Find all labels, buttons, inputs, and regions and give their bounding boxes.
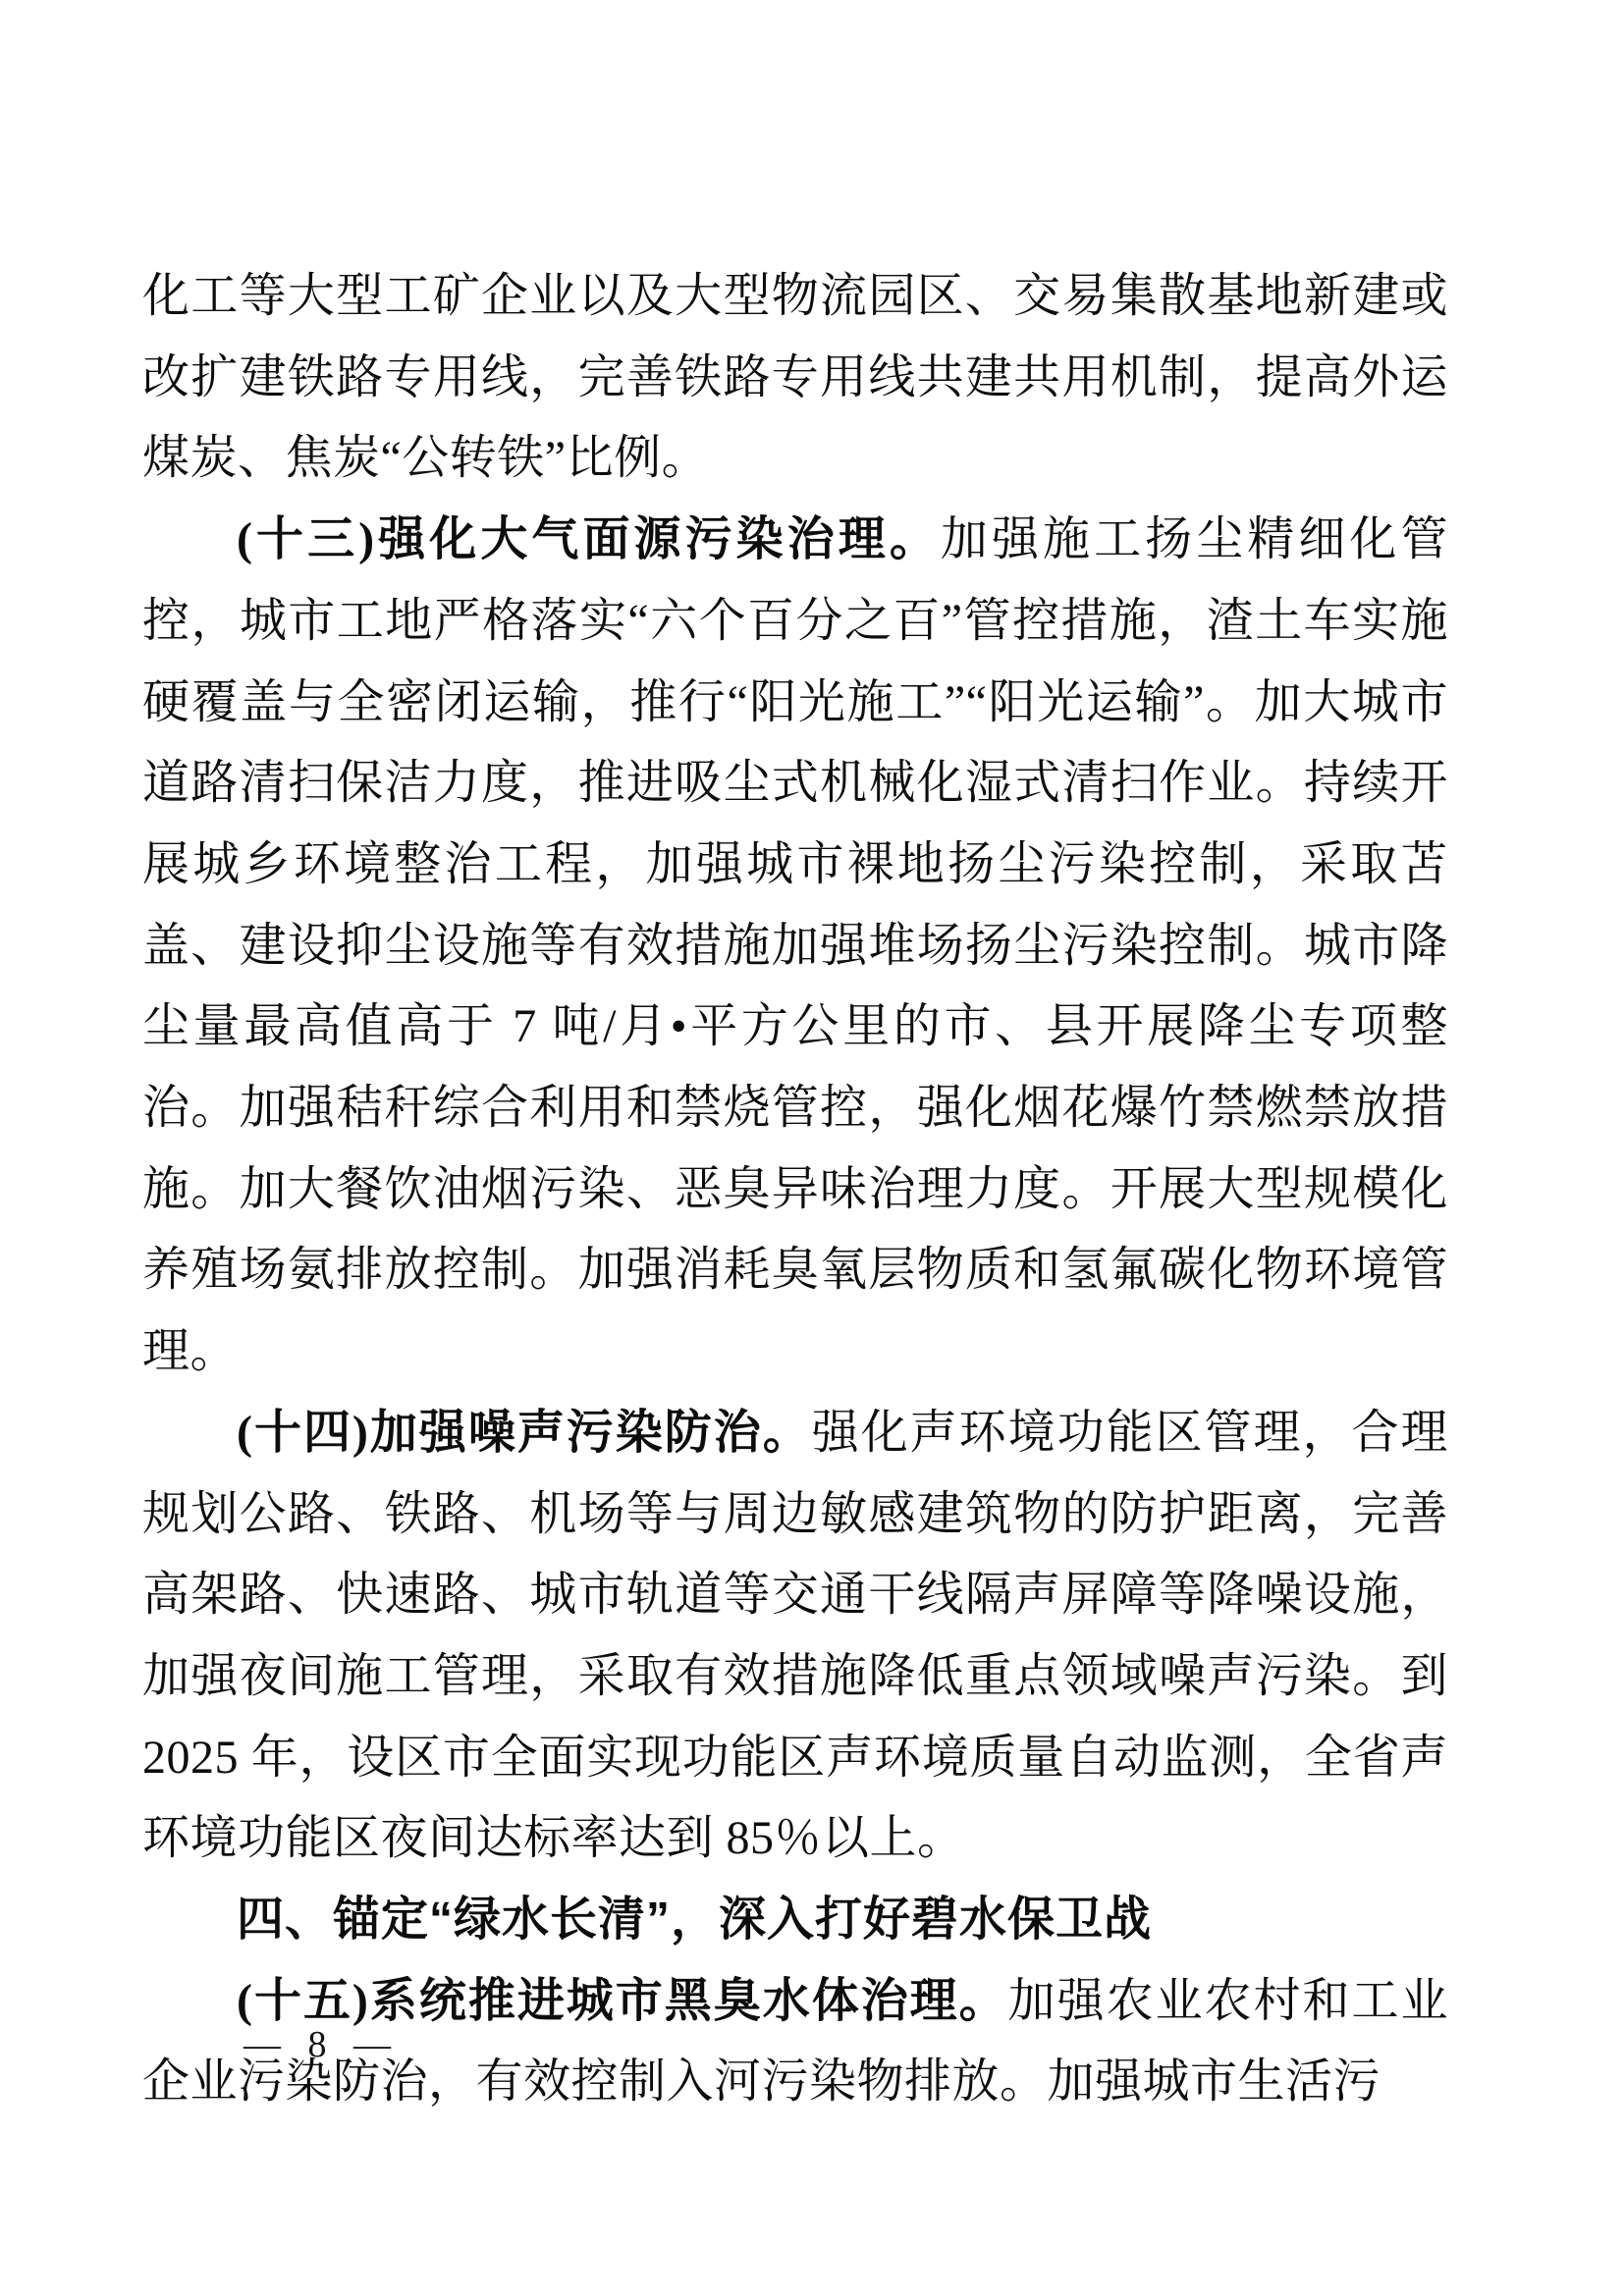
document-page: 化工等大型工矿企业以及大型物流园区、交易集散基地新建或改扩建铁路专用线，完善铁路… bbox=[0, 0, 1624, 2296]
paragraph-lead: (十五)系统推进城市黑臭水体治理。 bbox=[237, 1975, 1008, 2027]
paragraph-lead: (十四)加强噪声污染防治。 bbox=[237, 1407, 812, 1459]
paragraph-text: 化工等大型工矿企业以及大型物流园区、交易集散基地新建或改扩建铁路专用线，完善铁路… bbox=[142, 270, 1448, 484]
paragraph-14: (十四)加强噪声污染防治。强化声环境功能区管理，合理规划公路、铁路、机场等与周边… bbox=[142, 1393, 1448, 1880]
paragraph-lead: (十三)强化大气面源污染治理。 bbox=[237, 513, 941, 565]
paragraph-text: 强化声环境功能区管理，合理规划公路、铁路、机场等与周边敏感建筑物的防护距离，完善… bbox=[142, 1407, 1448, 1865]
paragraph-13: (十三)强化大气面源污染治理。加强施工扬尘精细化管控，城市工地严格落实“六个百分… bbox=[142, 500, 1448, 1393]
section-heading-4: 四、锚定“绿水长清”，深入打好碧水保卫战 bbox=[142, 1880, 1448, 1961]
page-number: — 8 — bbox=[244, 2020, 391, 2069]
text-area: 化工等大型工矿企业以及大型物流园区、交易集散基地新建或改扩建铁路专用线，完善铁路… bbox=[142, 256, 1448, 2123]
paragraph-text: 加强施工扬尘精细化管控，城市工地严格落实“六个百分之百”管控措施，渣土车实施硬覆… bbox=[142, 513, 1448, 1377]
paragraph-continuation: 化工等大型工矿企业以及大型物流园区、交易集散基地新建或改扩建铁路专用线，完善铁路… bbox=[142, 256, 1448, 500]
